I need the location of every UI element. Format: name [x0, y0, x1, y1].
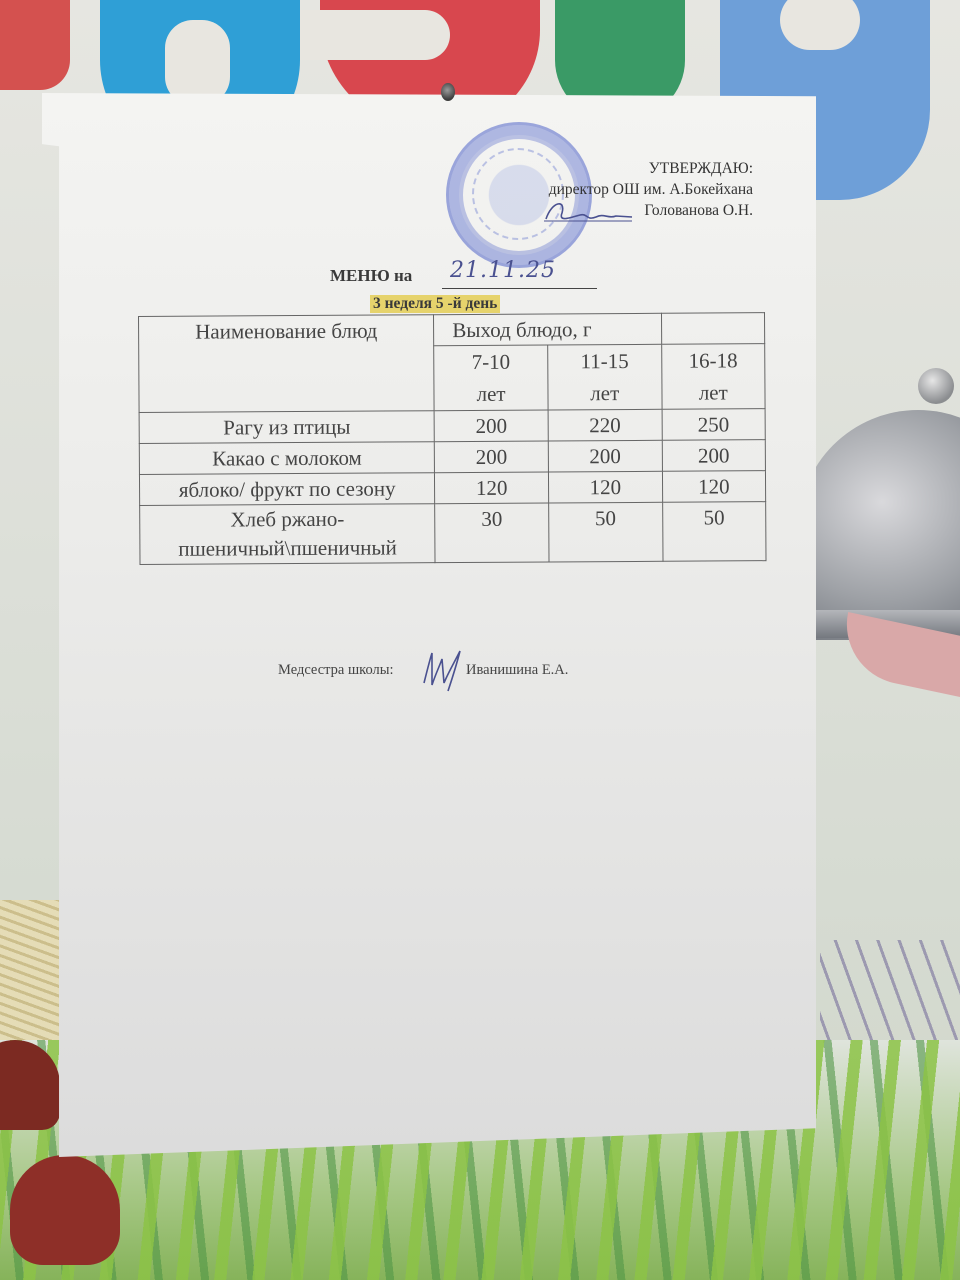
dish-name: яблоко/ фрукт по сезону — [139, 473, 434, 506]
table-row: Рагу из птицы 200 220 250 — [139, 409, 765, 444]
age-group-16-18: 16-18лет — [661, 344, 765, 410]
yield-value: 200 — [662, 440, 766, 472]
yield-value: 30 — [435, 503, 549, 563]
signature-icon — [542, 197, 634, 227]
menu-date: 21.11.25 — [450, 258, 556, 283]
yield-value: 120 — [548, 471, 662, 503]
dish-name: Рагу из птицы — [139, 411, 434, 444]
nurse-label: Медсестра школы: — [278, 662, 394, 679]
yield-value: 250 — [662, 409, 766, 441]
header-yield: Выход блюдо, г — [434, 313, 661, 345]
menu-document: УТВЕРЖДАЮ: директор ОШ им. А.Бокейхана Г… — [0, 0, 960, 1280]
yield-value: 120 — [662, 471, 766, 503]
approval-title: УТВЕРЖДАЮ: — [549, 158, 753, 179]
yield-value: 200 — [548, 440, 662, 472]
table-row: яблоко/ фрукт по сезону 120 120 120 — [139, 471, 765, 506]
header-dish-name: Наименование блюд — [139, 315, 435, 413]
dish-name: Хлеб ржано-пшеничный\пшеничный — [140, 504, 436, 565]
signature-icon — [418, 645, 468, 695]
menu-title: МЕНЮ на — [330, 266, 412, 286]
menu-table: Наименование блюд Выход блюдо, г 7-10лет… — [138, 312, 767, 565]
nurse-name: Иванишина Е.А. — [466, 662, 568, 679]
dish-name: Какао с молоком — [139, 442, 434, 475]
header-empty-cell — [661, 313, 765, 345]
age-group-7-10: 7-10лет — [434, 345, 548, 411]
age-group-11-15: 11-15лет — [548, 344, 662, 410]
yield-value: 50 — [662, 502, 766, 562]
table-row: Какао с молоком 200 200 200 — [139, 440, 765, 475]
table-header-row: Наименование блюд Выход блюдо, г — [139, 313, 765, 348]
yield-value: 120 — [435, 472, 549, 504]
yield-value: 200 — [435, 441, 549, 473]
week-day-label: 3 неделя 5 -й день — [370, 295, 500, 313]
table-row: Хлеб ржано-пшеничный\пшеничный 30 50 50 — [140, 502, 766, 565]
yield-value: 200 — [434, 410, 548, 442]
yield-value: 50 — [549, 502, 663, 562]
pushpin-icon — [441, 83, 455, 101]
yield-value: 220 — [548, 409, 662, 441]
